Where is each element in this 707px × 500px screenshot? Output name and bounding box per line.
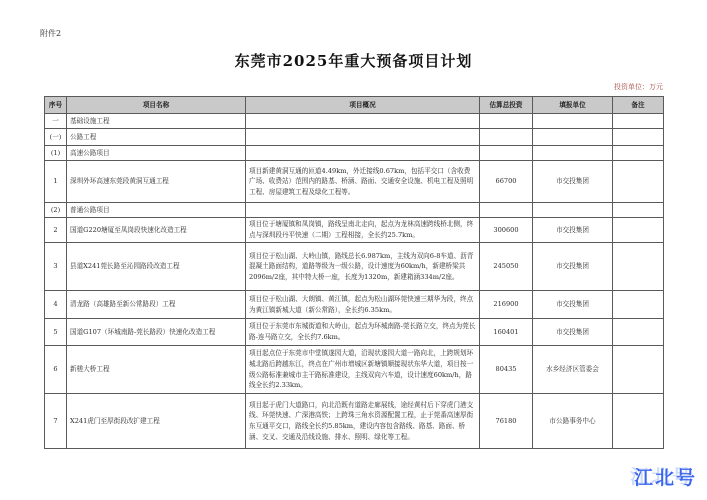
- table-row-section: 一 基础设施工程: [45, 114, 664, 129]
- header-note: 备注: [613, 97, 664, 114]
- cell-unit: [533, 129, 613, 146]
- cell-unit: 水乡经济区管委会: [533, 346, 613, 394]
- table-row-project: 1 深圳外环高速东莞段黄洞互通工程 项目新建黄洞互通的匝道4.49km，外迁接线…: [45, 161, 664, 203]
- cell-investment: 216900: [480, 291, 533, 319]
- cell-seq: 4: [45, 291, 67, 319]
- cell-seq: (1): [45, 146, 67, 161]
- cell-overview: 项目位于松山湖、大岭山镇，路线总长6.987km，主线为双向6-8车道、沥青混凝…: [246, 243, 480, 291]
- header-investment: 估算总投资: [480, 97, 533, 114]
- cell-seq: (2): [45, 203, 67, 218]
- table-row-project: 3 县道X241莞长路至沁园路段改造工程 项目位于松山湖、大岭山镇，路线总长6.…: [45, 243, 664, 291]
- cell-seq: 3: [45, 243, 67, 291]
- cell-investment: 80435: [480, 346, 533, 394]
- table-row-project: 6 新槎大桥工程 项目起点位于东莞市中堂镇遂园大道，沿现状遂园大道一路向北，上跨…: [45, 346, 664, 394]
- cell-investment: 300600: [480, 218, 533, 243]
- table-row-section: (2) 普通公路项目: [45, 203, 664, 218]
- cell-name: 公路工程: [67, 129, 246, 146]
- cell-investment: [480, 146, 533, 161]
- table-row-project: 7 X241虎门至厚街段改扩建工程 项目起于虎门大道路口，向北沿既有道路走廊展线…: [45, 394, 664, 449]
- cell-unit: 市交投集团: [533, 243, 613, 291]
- cell-seq: 7: [45, 394, 67, 449]
- cell-overview: 项目位于东莞市东城街道和大岭山，起点为环城南路-莞长路立交，终点为莞长路-连马路…: [246, 319, 480, 346]
- cell-note: [613, 346, 664, 394]
- cell-overview: 项目位于塘厦镇和凤岗镇，路线呈南北走向，起点为龙林高速跨线桥北侧，终点与深圳段丹…: [246, 218, 480, 243]
- cell-name: X241虎门至厚街段改扩建工程: [67, 394, 246, 449]
- header-seq: 序号: [45, 97, 67, 114]
- cell-investment: 160401: [480, 319, 533, 346]
- investment-unit-note: 投资单位：万元: [614, 82, 663, 92]
- cell-overview: 项目起于虎门大道路口，向北沿既有道路走廊展线，途经黄村后下穿虎门港支线、环莞快速…: [246, 394, 480, 449]
- cell-note: [613, 291, 664, 319]
- cell-unit: 市交投集团: [533, 161, 613, 203]
- cell-overview: [246, 146, 480, 161]
- cell-note: [613, 146, 664, 161]
- cell-seq: 一: [45, 114, 67, 129]
- cell-note: [613, 319, 664, 346]
- cell-note: [613, 129, 664, 146]
- cell-overview: [246, 203, 480, 218]
- header-project-name: 项目名称: [67, 97, 246, 114]
- project-table: 序号 项目名称 项目概况 估算总投资 填报单位 备注 一 基础设施工程 (一) …: [44, 96, 664, 449]
- cell-investment: 245050: [480, 243, 533, 291]
- cell-name: 普通公路项目: [67, 203, 246, 218]
- cell-overview: 项目起点位于东莞市中堂镇遂园大道，沿现状遂园大道一路向北，上跨规划环城北路后跨越…: [246, 346, 480, 394]
- cell-seq: 2: [45, 218, 67, 243]
- cell-seq: 6: [45, 346, 67, 394]
- cell-seq: 1: [45, 161, 67, 203]
- cell-unit: 市公路事务中心: [533, 394, 613, 449]
- cell-name: 清龙路（高雄路至新公常路段）工程: [67, 291, 246, 319]
- table-row-project: 2 国道G220塘厦至凤岗段快速化改造工程 项目位于塘厦镇和凤岗镇，路线呈南北走…: [45, 218, 664, 243]
- cell-name: 高速公路项目: [67, 146, 246, 161]
- cell-note: [613, 218, 664, 243]
- cell-investment: [480, 114, 533, 129]
- watermark: 江北号: [634, 463, 697, 490]
- attachment-label: 附件2: [40, 28, 61, 39]
- table-row-project: 4 清龙路（高雄路至新公常路段）工程 项目位于松山湖、大朗镇、黄江镇，起点为松山…: [45, 291, 664, 319]
- project-table-container: 序号 项目名称 项目概况 估算总投资 填报单位 备注 一 基础设施工程 (一) …: [44, 96, 663, 449]
- table-row-project: 5 国道G107（环城南路-莞长路段）快速化改造工程 项目位于东莞市东城街道和大…: [45, 319, 664, 346]
- cell-overview: [246, 129, 480, 146]
- cell-overview: 项目新建黄洞互通的匝道4.49km，外迁接线0.67km，包括平交口（含收费广场…: [246, 161, 480, 203]
- cell-unit: [533, 146, 613, 161]
- cell-note: [613, 243, 664, 291]
- table-header-row: 序号 项目名称 项目概况 估算总投资 填报单位 备注: [45, 97, 664, 114]
- cell-seq: (一): [45, 129, 67, 146]
- table-row-section: (一) 公路工程: [45, 129, 664, 146]
- cell-unit: 市交投集团: [533, 319, 613, 346]
- cell-name: 深圳外环高速东莞段黄洞互通工程: [67, 161, 246, 203]
- cell-unit: 市交投集团: [533, 218, 613, 243]
- cell-name: 国道G220塘厦至凤岗段快速化改造工程: [67, 218, 246, 243]
- header-unit: 填报单位: [533, 97, 613, 114]
- cell-name: 新槎大桥工程: [67, 346, 246, 394]
- cell-name: 国道G107（环城南路-莞长路段）快速化改造工程: [67, 319, 246, 346]
- page-title: 东莞市2025年重大预备项目计划: [0, 50, 707, 71]
- cell-overview: [246, 114, 480, 129]
- cell-note: [613, 394, 664, 449]
- cell-investment: 66700: [480, 161, 533, 203]
- cell-name: 县道X241莞长路至沁园路段改造工程: [67, 243, 246, 291]
- cell-investment: [480, 129, 533, 146]
- cell-unit: 市交投集团: [533, 291, 613, 319]
- cell-seq: 5: [45, 319, 67, 346]
- cell-note: [613, 203, 664, 218]
- table-row-section: (1) 高速公路项目: [45, 146, 664, 161]
- cell-unit: [533, 114, 613, 129]
- cell-investment: [480, 203, 533, 218]
- header-overview: 项目概况: [246, 97, 480, 114]
- cell-overview: 项目位于松山湖、大朗镇、黄江镇，起点为松山湖环莞快速三期华为段，终点为黄江镇新城…: [246, 291, 480, 319]
- cell-unit: [533, 203, 613, 218]
- cell-note: [613, 161, 664, 203]
- cell-name: 基础设施工程: [67, 114, 246, 129]
- cell-investment: 76180: [480, 394, 533, 449]
- cell-note: [613, 114, 664, 129]
